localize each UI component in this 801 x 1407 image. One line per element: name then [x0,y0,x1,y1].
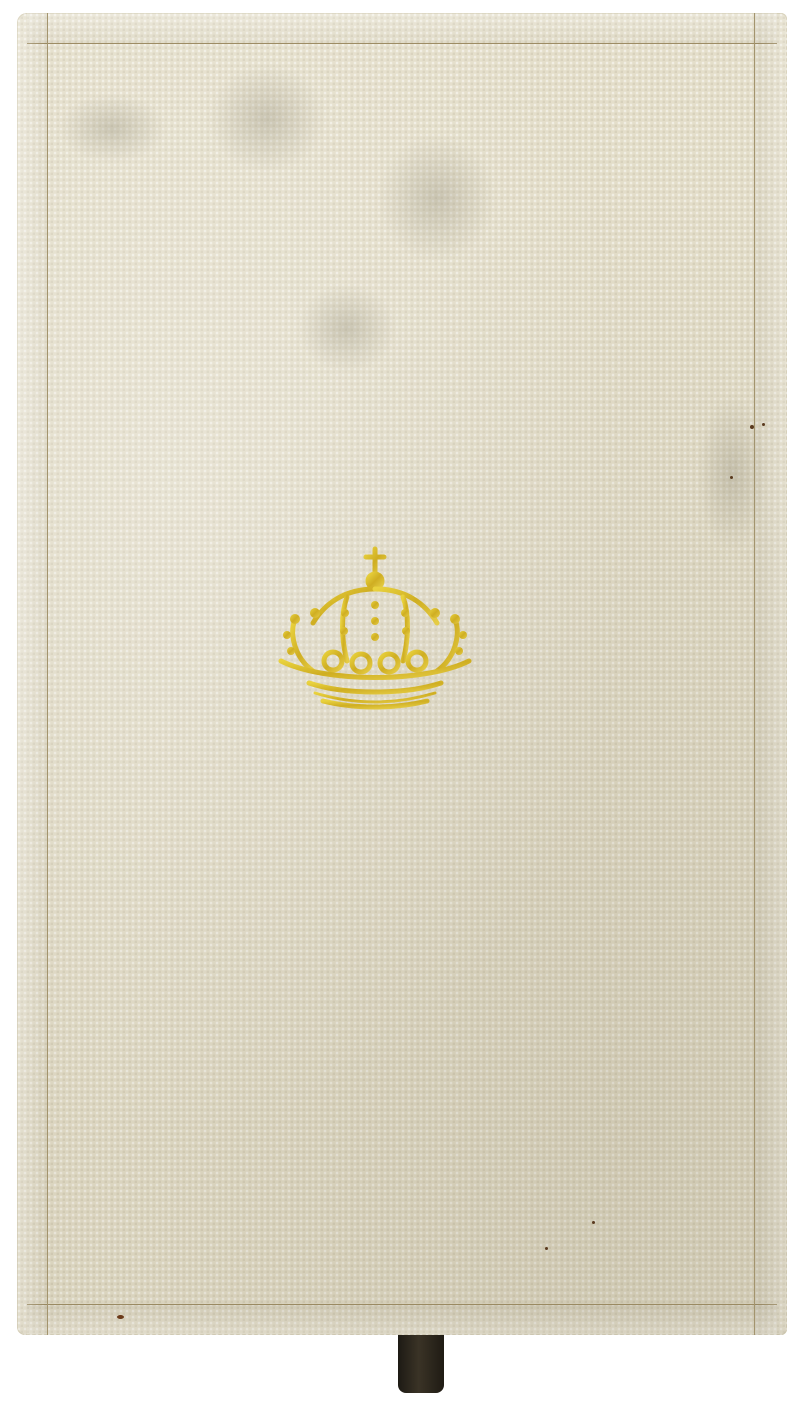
speck [545,1247,548,1250]
crown-icon [265,543,485,723]
case-edge-bottom [27,1304,777,1335]
speck [750,425,754,429]
case-edge-right [754,13,787,1335]
stain [57,93,167,163]
speck [117,1315,124,1319]
case-edge-left [17,13,48,1335]
case-edge-top [27,13,777,44]
stain [297,283,397,373]
speck [592,1221,595,1224]
speck [762,423,765,426]
stain [697,393,767,553]
speck [730,476,733,479]
stain [207,63,327,173]
stain [377,133,497,263]
case-opening-tab[interactable] [398,1335,444,1393]
